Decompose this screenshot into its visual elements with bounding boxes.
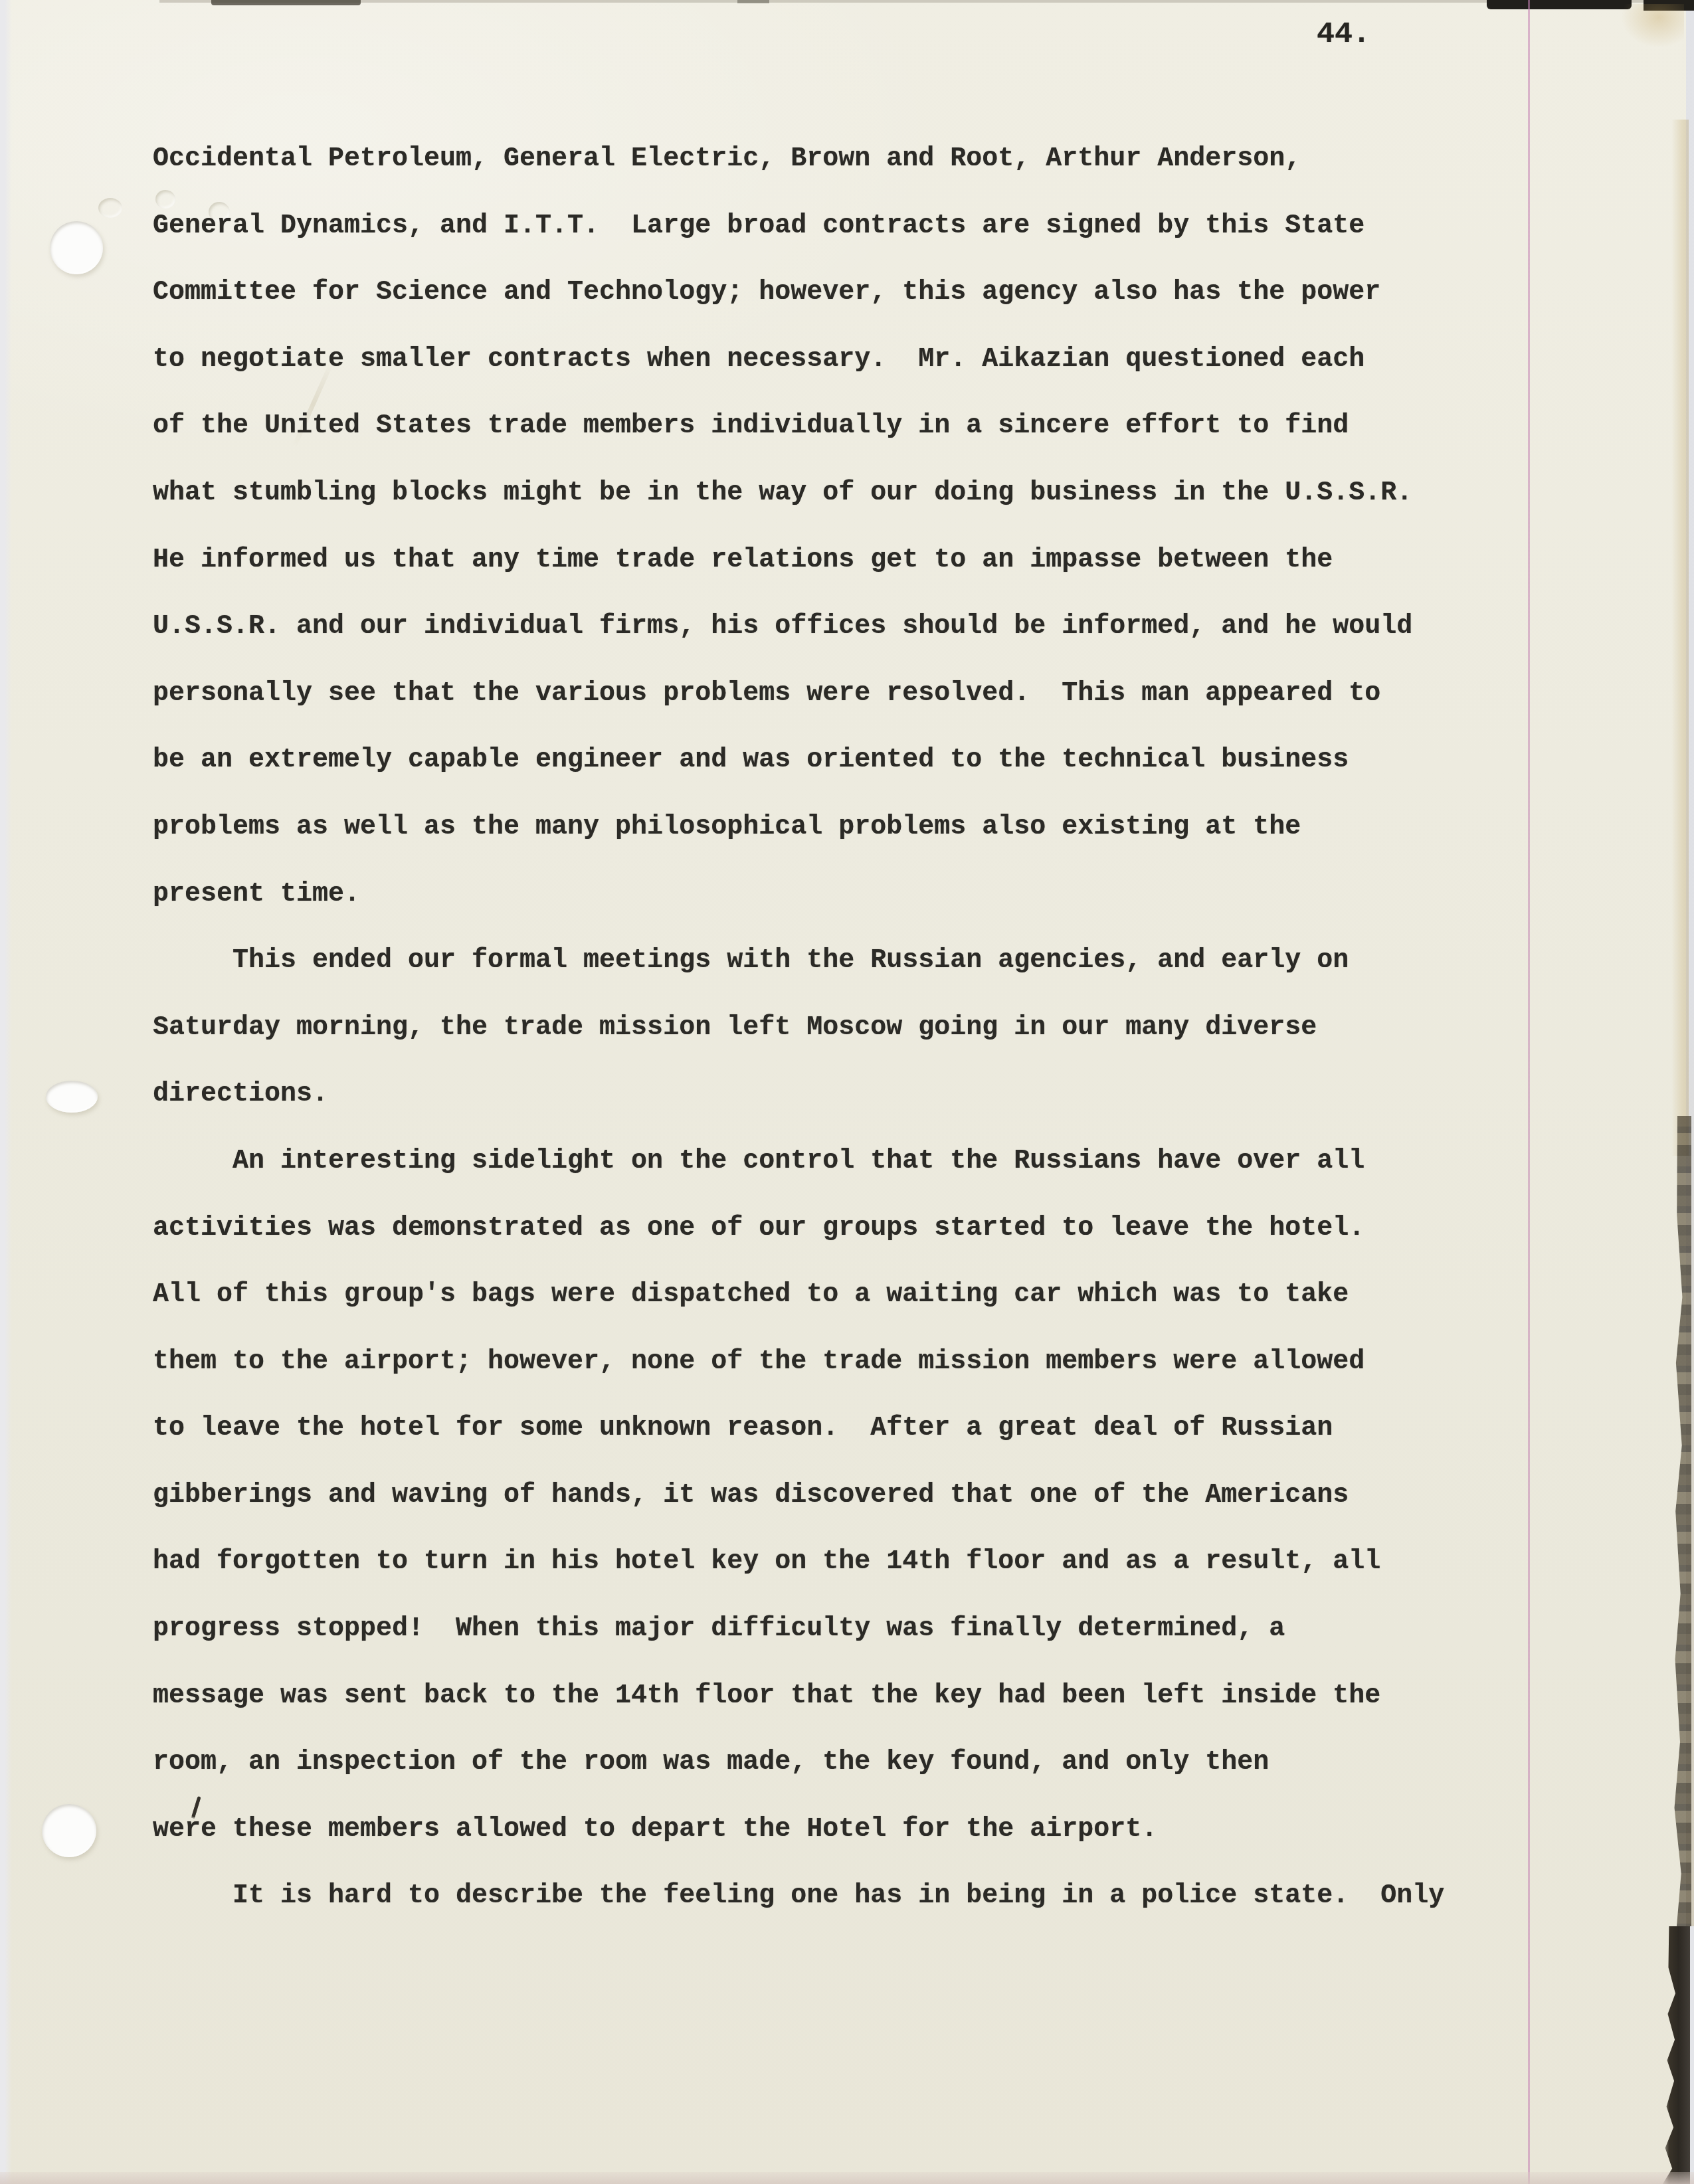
scan-edge-right-lower	[1690, 1926, 1694, 2184]
text-line: personally see that the various problems…	[153, 661, 1481, 728]
text-line: directions.	[153, 1061, 1481, 1129]
text-line: All of this group's bags were dispatched…	[153, 1262, 1481, 1329]
text-line: An interesting sidelight on the control …	[153, 1129, 1481, 1196]
page-corner-stain	[1621, 4, 1684, 48]
text-line: to negotiate smaller contracts when nece…	[153, 327, 1481, 394]
text-line: had forgotten to turn in his hotel key o…	[153, 1529, 1481, 1596]
text-line: what stumbling blocks might be in the wa…	[153, 460, 1481, 527]
text-line: present time.	[153, 862, 1481, 929]
hole-punch	[50, 221, 103, 274]
text-line: problems as well as the many philosophic…	[153, 794, 1481, 862]
text-line: Committee for Science and Technology; ho…	[153, 260, 1481, 327]
page-top-edge-mark	[737, 0, 769, 3]
text-line: room, an inspection of the room was made…	[153, 1730, 1481, 1797]
text-line: Occidental Petroleum, General Electric, …	[153, 126, 1481, 193]
paper-dimple	[98, 198, 122, 218]
typewritten-text: Occidental Petroleum, General Electric, …	[153, 126, 1481, 1930]
text-line: gibberings and waving of hands, it was d…	[153, 1463, 1481, 1530]
document-scan: 44. Occidental Petroleum, General Electr…	[0, 0, 1694, 2184]
page-bottom-edge	[0, 2172, 1694, 2184]
text-line: them to the airport; however, none of th…	[153, 1329, 1481, 1396]
text-line: of the United States trade members indiv…	[153, 393, 1481, 460]
hole-punch	[46, 1081, 98, 1113]
page-top-edge-ink-blob	[1487, 0, 1632, 9]
text-line: were these members allowed to depart the…	[153, 1797, 1481, 1864]
text-line: This ended our formal meetings with the …	[153, 928, 1481, 995]
text-line: message was sent back to the 14th floor …	[153, 1663, 1481, 1730]
margin-rule-line	[1528, 0, 1530, 2184]
text-line: be an extremely capable engineer and was…	[153, 727, 1481, 794]
text-line: to leave the hotel for some unknown reas…	[153, 1396, 1481, 1463]
text-line: It is hard to describe the feeling one h…	[153, 1863, 1481, 1930]
text-line: progress stopped! When this major diffic…	[153, 1596, 1481, 1663]
page-number: 44.	[1317, 17, 1370, 51]
page-top-edge-line	[159, 0, 1694, 3]
text-line: General Dynamics, and I.T.T. Large broad…	[153, 193, 1481, 260]
text-line: Saturday morning, the trade mission left…	[153, 995, 1481, 1062]
hole-punch	[42, 1804, 96, 1857]
scan-edge-left	[0, 0, 12, 2184]
text-line: activities was demonstrated as one of ou…	[153, 1196, 1481, 1263]
page-top-edge-mark	[211, 0, 361, 5]
text-line: U.S.S.R. and our individual firms, his o…	[153, 594, 1481, 661]
page-edge-discoloration	[1671, 120, 1689, 1156]
text-line: He informed us that any time trade relat…	[153, 527, 1481, 594]
